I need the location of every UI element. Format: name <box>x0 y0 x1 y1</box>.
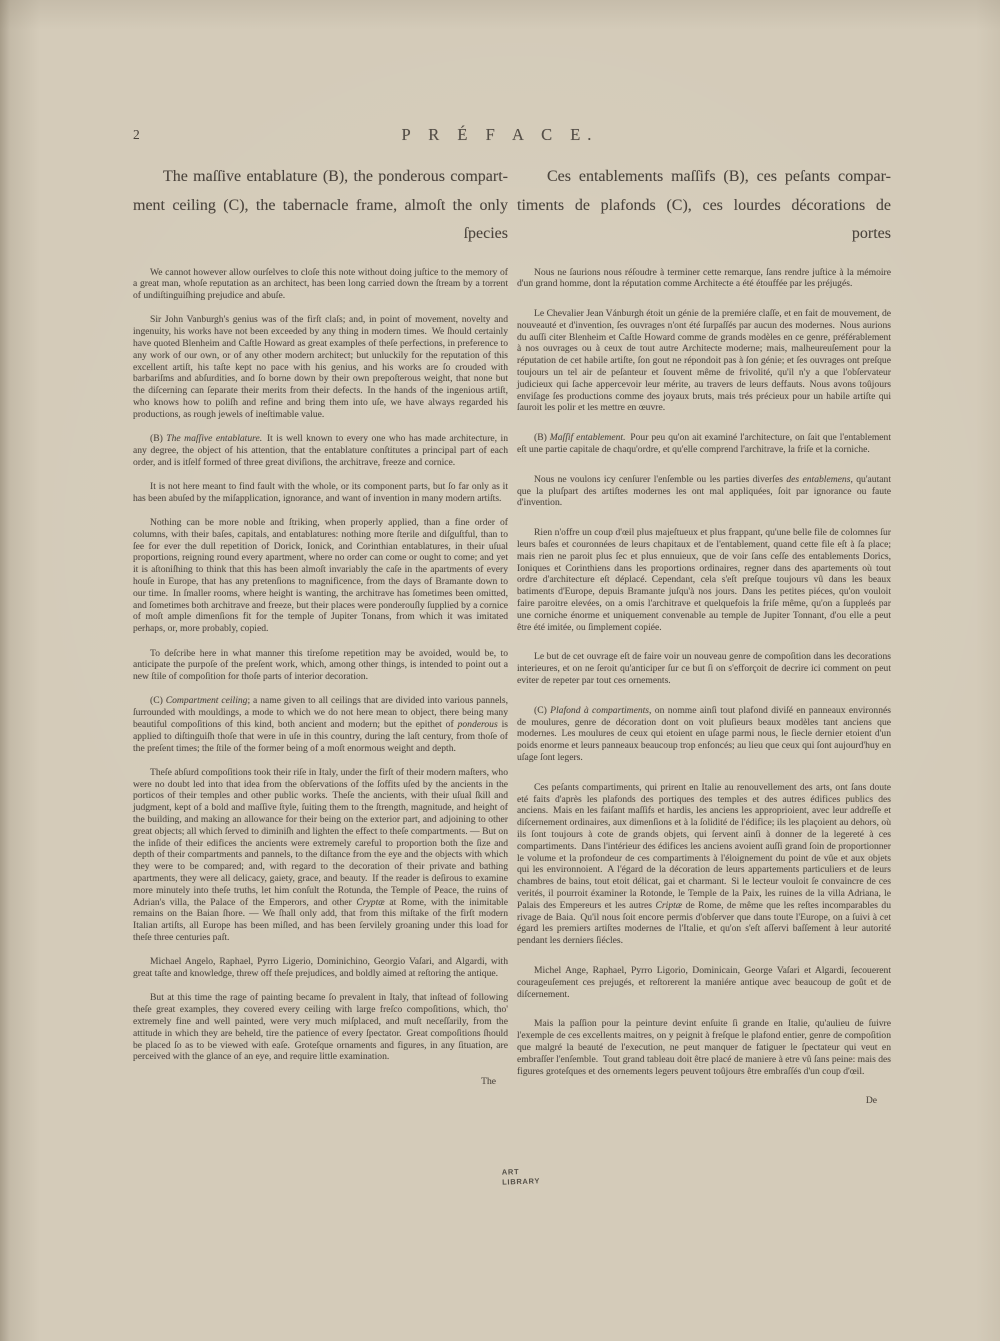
paragraph: Theſe abſurd compoſitions took their riſ… <box>133 767 508 944</box>
lede-line: portes <box>517 220 891 249</box>
lede-english: The maſſive entablature (B), the pondero… <box>133 163 508 249</box>
paragraph: Michel Ange, Raphael, Pyrro Ligorio, Dom… <box>517 965 891 1000</box>
paragraph: (C) Compartment ceiling; a name given to… <box>133 695 508 754</box>
paragraph: Nous ne ſaurions nous réſoudre à termine… <box>517 267 891 291</box>
library-stamp: ART LIBRARY <box>502 1166 541 1186</box>
catchword-english: The <box>133 1076 508 1088</box>
paragraph: Rien n'offre un coup d'œil plus majeſtue… <box>517 527 891 633</box>
paragraph: Michael Angelo, Raphael, Pyrro Ligerio, … <box>133 956 508 980</box>
lede-french: Ces entablements maſſifs (B), ces peſant… <box>517 163 891 249</box>
paragraph: Nothing can be more noble and ſtriking, … <box>133 517 508 635</box>
paragraph: We cannot however allow ourſelves to clo… <box>133 267 508 302</box>
lede-line: Ces entablements maſſifs (B), ces peſant… <box>517 163 891 192</box>
paragraph: Ces peſants compartiments, qui prirent e… <box>517 782 891 947</box>
paragraph: Le Chevalier Jean Vánburgh étoit un géni… <box>517 308 891 414</box>
paragraph: To deſcribe here in what manner this tir… <box>133 648 508 683</box>
paragraph: Sir John Vanburgh's genius was of the fi… <box>133 314 508 420</box>
english-column: The maſſive entablature (B), the pondero… <box>133 163 508 1088</box>
paragraph: (B) The maſſive entablature. It is well … <box>133 433 508 468</box>
paragraph: Le but de cet ouvrage eſt de faire voir … <box>517 651 891 686</box>
paragraph: Nous ne voulons icy cenſurer l'enſemble … <box>517 474 891 509</box>
catchword-french: De <box>517 1095 891 1107</box>
lede-line: ment ceiling (C), the tabernacle frame, … <box>133 192 508 221</box>
stamp-line: LIBRARY <box>502 1176 540 1187</box>
paragraph: It is not here meant to find fault with … <box>133 481 508 505</box>
paragraph: (C) Plafond à compartiments, on nomme ai… <box>517 705 891 764</box>
lede-line: timents de plafonds (C), ces lourdes déc… <box>517 192 891 221</box>
page-title: P R É F A C E. <box>0 125 1000 145</box>
lede-line: The maſſive entablature (B), the pondero… <box>133 163 508 192</box>
paragraph: Mais la paſſion pour la peinture devint … <box>517 1018 891 1077</box>
lede-line: ſpecies <box>133 220 508 249</box>
paragraph: But at this time the rage of painting be… <box>133 992 508 1063</box>
french-column: Ces entablements maſſifs (B), ces peſant… <box>517 163 891 1107</box>
paragraph: (B) Maſſif entablement. Pour peu qu'on a… <box>517 432 891 456</box>
